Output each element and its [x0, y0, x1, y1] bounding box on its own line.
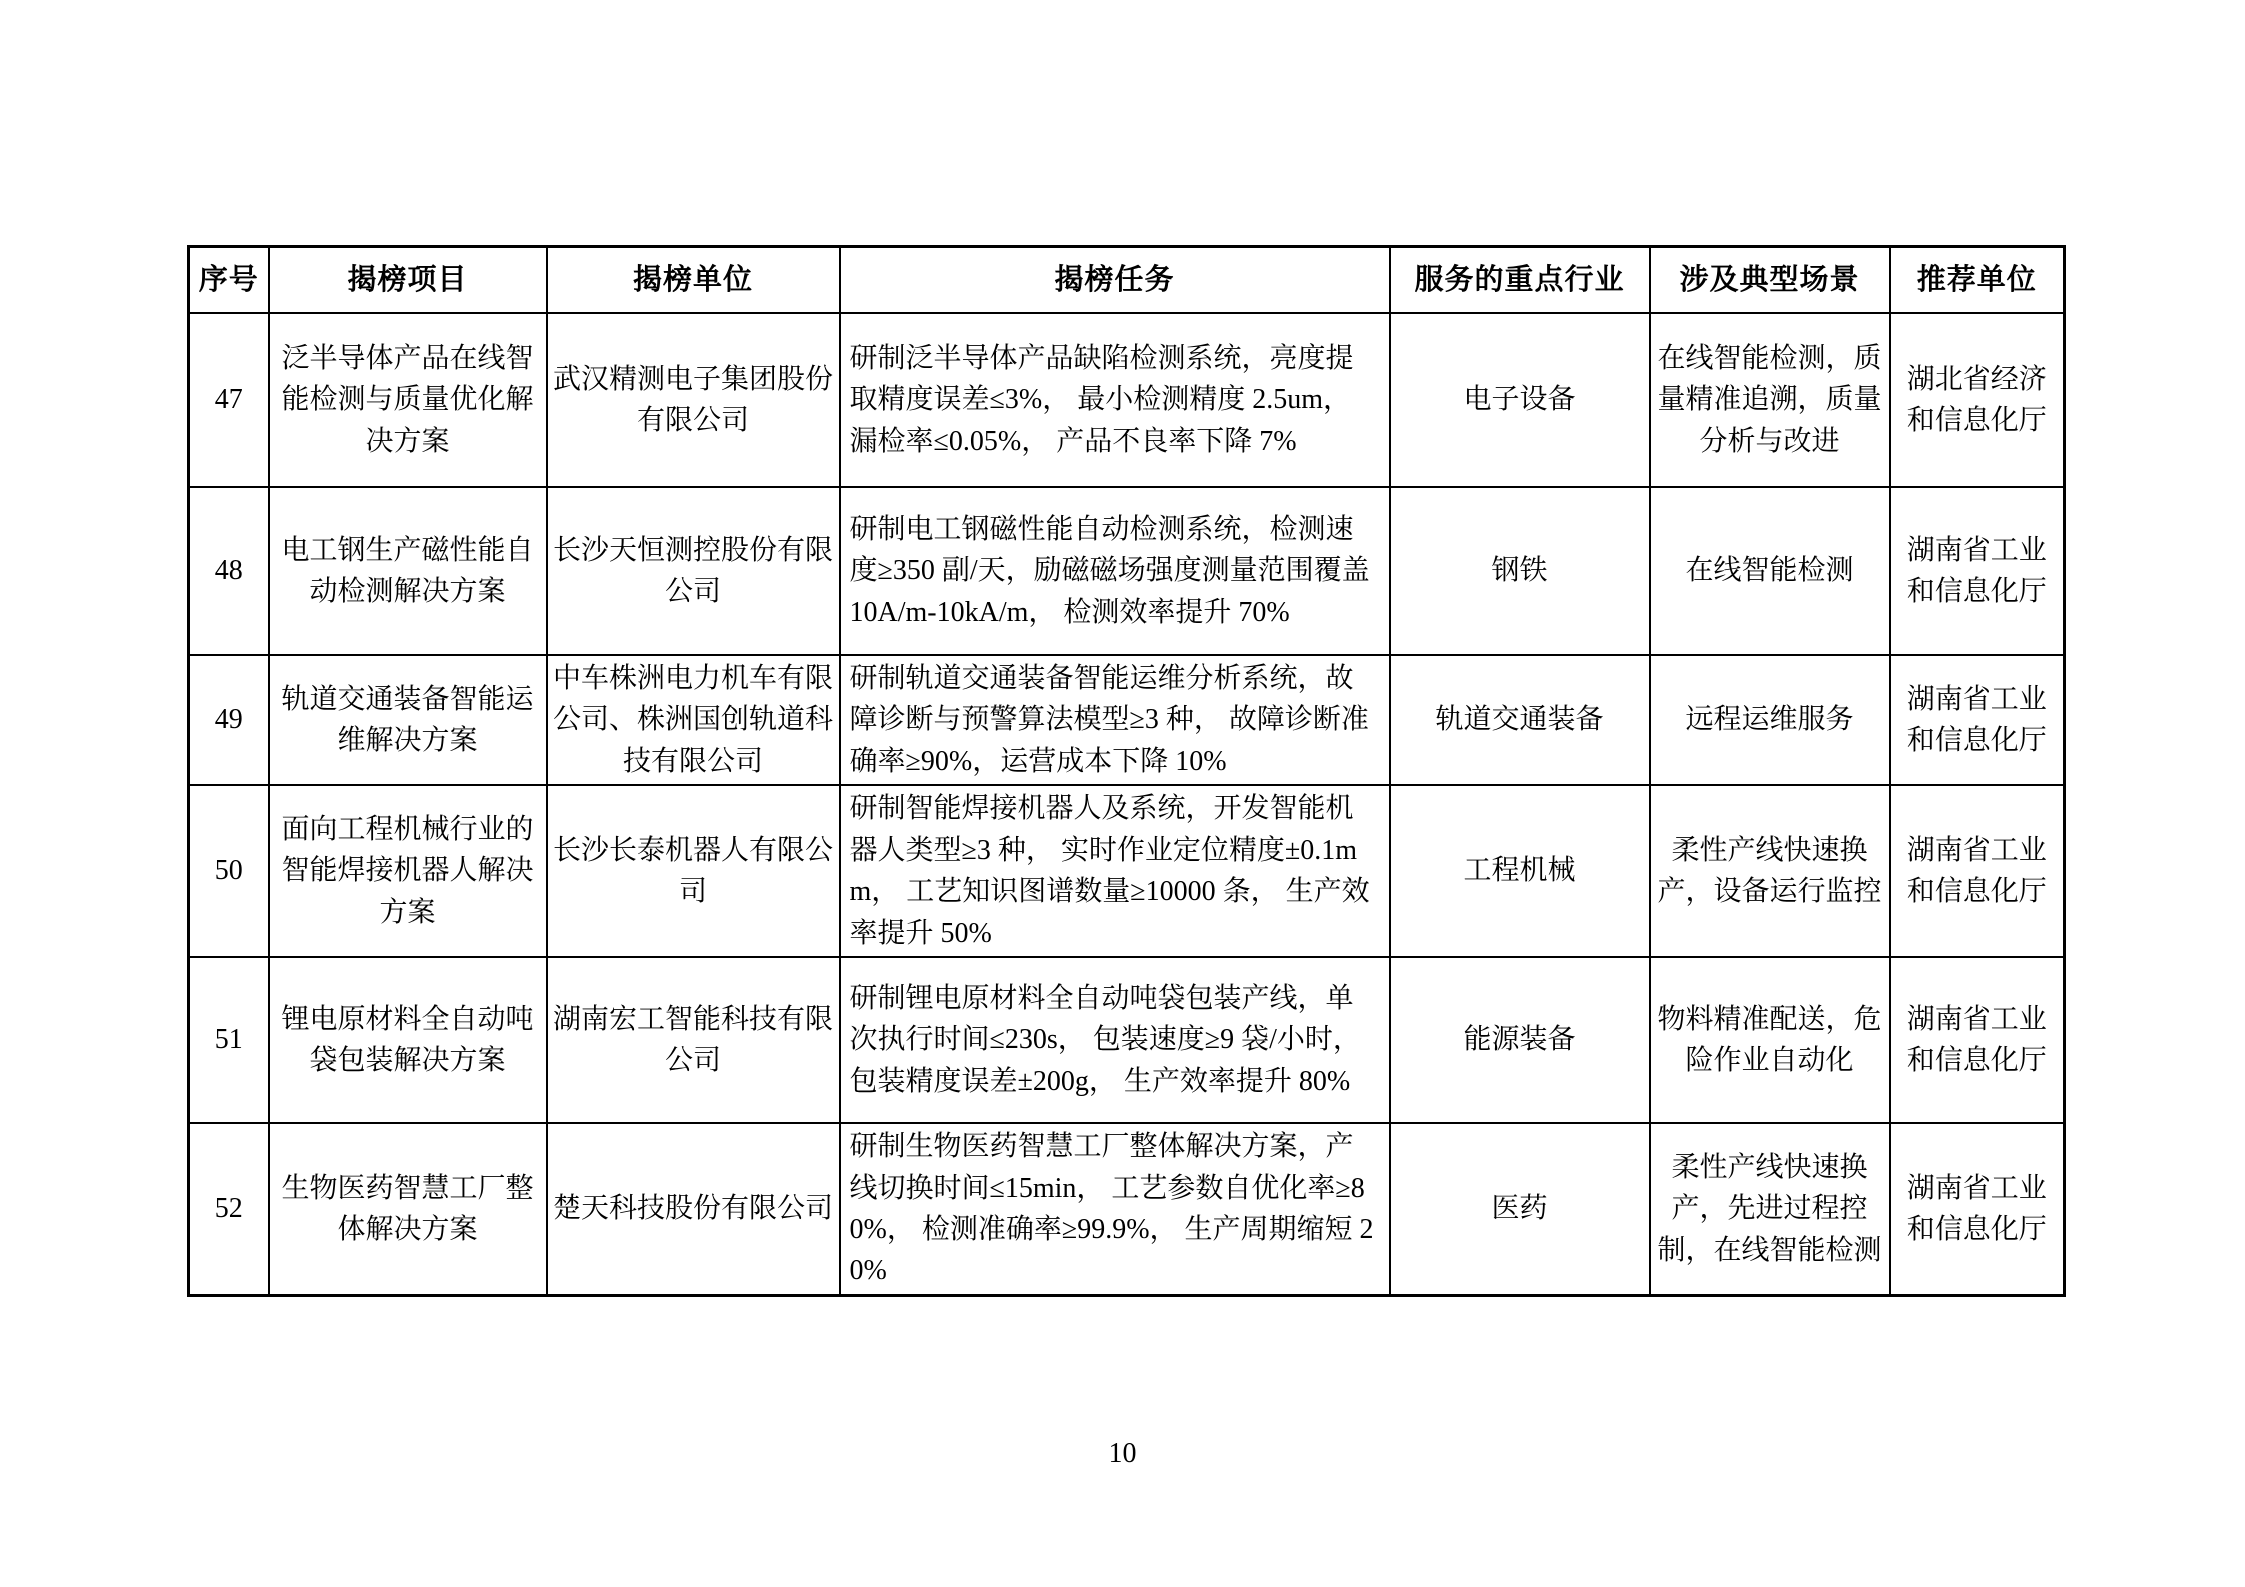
table-row: 50 面向工程机械行业的智能焊接机器人解决方案 长沙长泰机器人有限公司 研制智能… [189, 785, 2065, 957]
cell-seq: 51 [189, 957, 269, 1123]
cell-unit: 湖南宏工智能科技有限公司 [547, 957, 840, 1123]
header-unit: 揭榜单位 [547, 247, 840, 314]
cell-unit: 中车株洲电力机车有限公司、株洲国创轨道科技有限公司 [547, 655, 840, 785]
cell-seq: 50 [189, 785, 269, 957]
cell-unit: 武汉精测电子集团股份有限公司 [547, 313, 840, 487]
cell-recommender: 湖北省经济和信息化厅 [1890, 313, 2065, 487]
cell-recommender: 湖南省工业和信息化厅 [1890, 655, 2065, 785]
cell-scenario: 柔性产线快速换产，设备运行监控 [1650, 785, 1890, 957]
cell-project: 泛半导体产品在线智能检测与质量优化解决方案 [269, 313, 547, 487]
cell-seq: 47 [189, 313, 269, 487]
cell-unit: 楚天科技股份有限公司 [547, 1123, 840, 1295]
cell-unit: 长沙长泰机器人有限公司 [547, 785, 840, 957]
header-task: 揭榜任务 [840, 247, 1390, 314]
cell-industry: 轨道交通装备 [1390, 655, 1650, 785]
page-number: 10 [0, 1438, 2245, 1470]
header-project: 揭榜项目 [269, 247, 547, 314]
cell-seq: 48 [189, 487, 269, 655]
cell-scenario: 在线智能检测 [1650, 487, 1890, 655]
cell-task: 研制电工钢磁性能自动检测系统，检测速度≥350 副/天，励磁磁场强度测量范围覆盖… [840, 487, 1390, 655]
solutions-table: 序号 揭榜项目 揭榜单位 揭榜任务 服务的重点行业 涉及典型场景 推荐单位 47… [187, 245, 2066, 1297]
cell-scenario: 远程运维服务 [1650, 655, 1890, 785]
cell-project: 轨道交通装备智能运维解决方案 [269, 655, 547, 785]
cell-unit: 长沙天恒测控股份有限公司 [547, 487, 840, 655]
table-row: 47 泛半导体产品在线智能检测与质量优化解决方案 武汉精测电子集团股份有限公司 … [189, 313, 2065, 487]
cell-task: 研制生物医药智慧工厂整体解决方案，产线切换时间≤15min， 工艺参数自优化率≥… [840, 1123, 1390, 1295]
cell-scenario: 物料精准配送，危险作业自动化 [1650, 957, 1890, 1123]
cell-seq: 52 [189, 1123, 269, 1295]
cell-scenario: 柔性产线快速换产，先进过程控制，在线智能检测 [1650, 1123, 1890, 1295]
header-industry: 服务的重点行业 [1390, 247, 1650, 314]
cell-seq: 49 [189, 655, 269, 785]
header-seq: 序号 [189, 247, 269, 314]
cell-scenario: 在线智能检测，质量精准追溯，质量分析与改进 [1650, 313, 1890, 487]
cell-project: 生物医药智慧工厂整体解决方案 [269, 1123, 547, 1295]
header-recommender: 推荐单位 [1890, 247, 2065, 314]
table-header-row: 序号 揭榜项目 揭榜单位 揭榜任务 服务的重点行业 涉及典型场景 推荐单位 [189, 247, 2065, 314]
table-row: 52 生物医药智慧工厂整体解决方案 楚天科技股份有限公司 研制生物医药智慧工厂整… [189, 1123, 2065, 1295]
cell-recommender: 湖南省工业和信息化厅 [1890, 487, 2065, 655]
document-page: 序号 揭榜项目 揭榜单位 揭榜任务 服务的重点行业 涉及典型场景 推荐单位 47… [0, 0, 2245, 1587]
cell-industry: 工程机械 [1390, 785, 1650, 957]
table-row: 49 轨道交通装备智能运维解决方案 中车株洲电力机车有限公司、株洲国创轨道科技有… [189, 655, 2065, 785]
cell-recommender: 湖南省工业和信息化厅 [1890, 1123, 2065, 1295]
cell-project: 锂电原材料全自动吨袋包装解决方案 [269, 957, 547, 1123]
cell-recommender: 湖南省工业和信息化厅 [1890, 957, 2065, 1123]
cell-industry: 电子设备 [1390, 313, 1650, 487]
cell-project: 面向工程机械行业的智能焊接机器人解决方案 [269, 785, 547, 957]
cell-task: 研制锂电原材料全自动吨袋包装产线，单次执行时间≤230s， 包装速度≥9 袋/小… [840, 957, 1390, 1123]
cell-industry: 医药 [1390, 1123, 1650, 1295]
cell-task: 研制泛半导体产品缺陷检测系统，亮度提取精度误差≤3%， 最小检测精度 2.5um… [840, 313, 1390, 487]
cell-task: 研制轨道交通装备智能运维分析系统，故障诊断与预警算法模型≥3 种， 故障诊断准确… [840, 655, 1390, 785]
table-row: 51 锂电原材料全自动吨袋包装解决方案 湖南宏工智能科技有限公司 研制锂电原材料… [189, 957, 2065, 1123]
cell-industry: 钢铁 [1390, 487, 1650, 655]
cell-task: 研制智能焊接机器人及系统，开发智能机器人类型≥3 种， 实时作业定位精度±0.1… [840, 785, 1390, 957]
header-scenario: 涉及典型场景 [1650, 247, 1890, 314]
cell-recommender: 湖南省工业和信息化厅 [1890, 785, 2065, 957]
table-row: 48 电工钢生产磁性能自动检测解决方案 长沙天恒测控股份有限公司 研制电工钢磁性… [189, 487, 2065, 655]
cell-project: 电工钢生产磁性能自动检测解决方案 [269, 487, 547, 655]
cell-industry: 能源装备 [1390, 957, 1650, 1123]
